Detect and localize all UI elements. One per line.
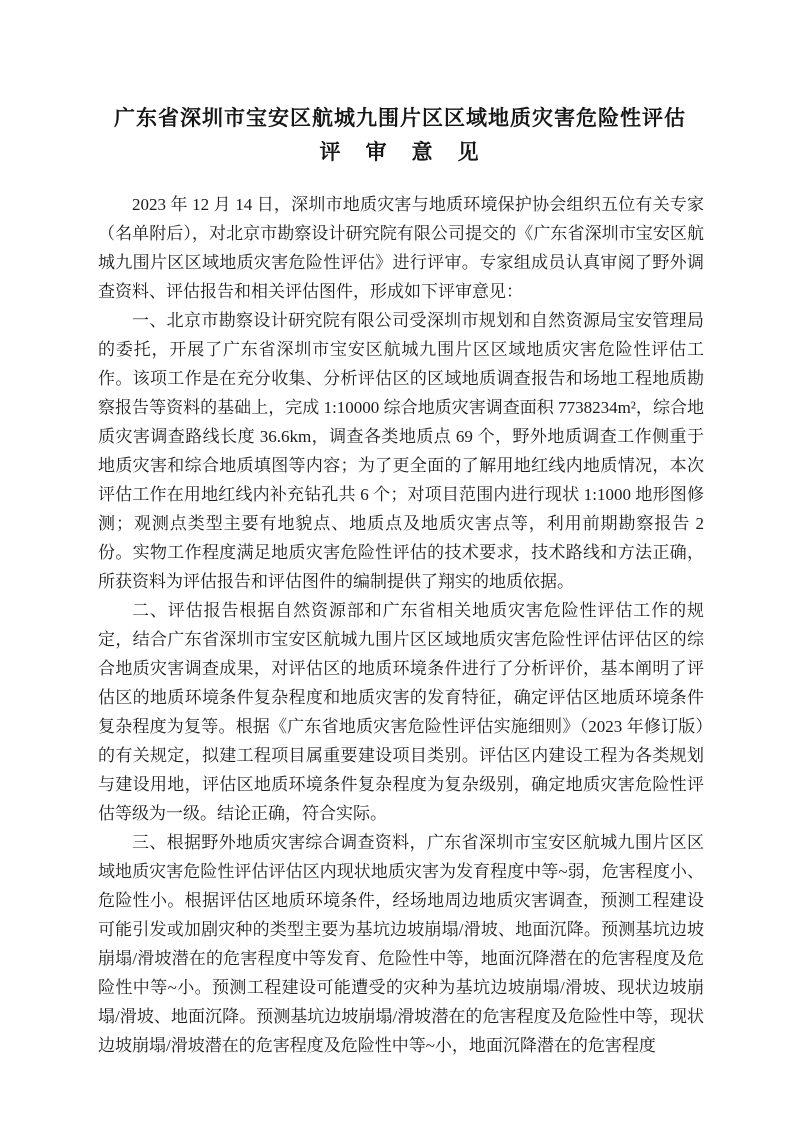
paragraph-point-3: 三、根据野外地质灾害综合调查资料，广东省深圳市宝安区航城九围片区区域地质灾害危险… bbox=[98, 828, 704, 1060]
paragraph-point-2: 二、评估报告根据自然资源部和广东省相关地质灾害危险性评估工作的规定，结合广东省深… bbox=[98, 596, 704, 828]
document-subtitle: 评 审 意 见 bbox=[0, 135, 800, 169]
paragraph-intro: 2023 年 12 月 14 日，深圳市地质灾害与地质环境保护协会组织五位有关专… bbox=[98, 190, 704, 306]
paragraph-point-1: 一、北京市勘察设计研究院有限公司受深圳市规划和自然资源局宝安管理局的委托，开展了… bbox=[98, 306, 704, 596]
document-title: 广东省深圳市宝安区航城九围片区区域地质灾害危险性评估 bbox=[0, 0, 800, 135]
document-body: 2023 年 12 月 14 日，深圳市地质灾害与地质环境保护协会组织五位有关专… bbox=[98, 190, 704, 1060]
document-page: 广东省深圳市宝安区航城九围片区区域地质灾害危险性评估 评 审 意 见 2023 … bbox=[0, 0, 800, 1132]
